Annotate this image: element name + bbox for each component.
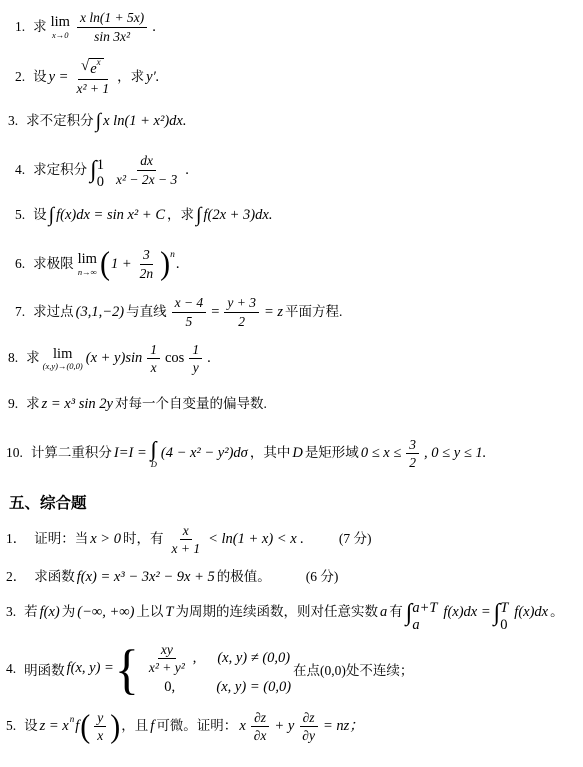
label-text: 求不定积分: [26, 113, 94, 128]
fraction: 32: [405, 437, 420, 471]
section-problem-2: 2．求函数f(x) = x³ − 3x² − 9x + 5的极值。(6 分): [0, 565, 579, 586]
math-expr: f(x): [40, 604, 60, 620]
label-text: 若: [24, 604, 38, 619]
fraction-denominator: y: [190, 359, 202, 376]
limit-operator: limn→∞: [77, 252, 98, 276]
integral-limits: a+Ta: [411, 600, 438, 626]
fraction-denominator: 2n: [137, 265, 157, 282]
integral-sign: ∫: [196, 204, 201, 226]
label-text: 求定积分: [33, 162, 87, 177]
limit-operator: limx→0: [50, 15, 71, 39]
fraction-numerator: x ln(1 + 5x): [77, 10, 147, 28]
fraction-denominator: x + 1: [168, 540, 203, 557]
punctuation: .: [185, 162, 189, 178]
fraction-denominator: x² + y²: [146, 659, 188, 676]
fraction: dxx² − 2x − 3: [112, 153, 181, 187]
fraction-numerator: ∂z: [251, 710, 269, 728]
fraction: xyx² + y²: [145, 642, 189, 676]
definite-integral: ∫T0: [494, 600, 512, 626]
label-text: ，其中: [250, 445, 291, 460]
punctuation: 。: [550, 604, 564, 619]
double-integral-sign: ∫∫: [151, 439, 157, 460]
integral-lower-limit: 0: [97, 174, 104, 191]
item-number: 4.: [6, 661, 16, 677]
item-number: 1．: [6, 531, 26, 546]
fraction-numerator: 3: [140, 247, 153, 265]
fraction-denominator: 5: [183, 313, 196, 330]
case-2-value: 0,: [164, 679, 175, 696]
square-root: √ex: [81, 58, 105, 78]
item-number: 3.: [8, 113, 18, 128]
limit-word: lim: [78, 252, 97, 267]
integral-sign: ∫: [96, 110, 101, 132]
math-expr: z = x³ sin 2y: [42, 396, 113, 412]
section-problem-3: 3.若f(x)为(−∞, +∞)上以T为周期的连续函数，则对任意实数a有∫a+T…: [0, 600, 579, 626]
item-number: 1.: [15, 19, 25, 34]
fraction-denominator: x: [94, 727, 106, 744]
radicand-exponent: x: [97, 57, 101, 67]
label-text: ，且: [121, 718, 148, 733]
fraction: xx + 1: [167, 523, 204, 557]
item-number: 2．: [6, 569, 26, 584]
section-problem-1: 1．证明：当x > 0时，有xx + 1< ln(1 + x) < x .(7 …: [0, 523, 579, 557]
label-text: 的极值。: [217, 569, 271, 584]
label-text: 明函数: [24, 659, 65, 679]
radicand-base: e: [90, 61, 96, 77]
case-1-condition: (x, y) ≠ (0,0): [217, 650, 290, 667]
fraction-denominator: x: [148, 359, 160, 376]
math-expr: = nz；: [323, 718, 364, 734]
label-text: 与直线: [126, 304, 167, 319]
fraction-numerator: y: [94, 710, 106, 728]
fraction: x ln(1 + 5x)sin 3x²: [76, 10, 148, 44]
label-text: 对每一个自变量的偏导数.: [115, 396, 267, 411]
label-text: ，求: [167, 207, 194, 222]
fraction: 1x: [146, 342, 161, 376]
fraction-numerator: xy: [158, 642, 176, 660]
math-expr: D: [292, 445, 302, 461]
item-number: 4.: [15, 162, 25, 177]
fraction: x − 45: [171, 295, 208, 329]
problem-2: 2.设y =√exx² + 1，求y′.: [0, 58, 579, 97]
label-text: 为: [62, 604, 76, 619]
fraction: 1y: [188, 342, 203, 376]
item-number: 2.: [15, 69, 25, 84]
math-expr: f(x)dx: [514, 604, 548, 620]
label-text: 时，有: [123, 531, 164, 546]
equals-sign: =: [211, 304, 219, 320]
item-number: 6.: [15, 256, 25, 271]
label-text: 平面方程.: [285, 304, 342, 319]
fraction-numerator: 1: [147, 342, 160, 360]
punctuation: ,: [193, 650, 197, 666]
definite-integral: ∫10: [90, 157, 107, 183]
item-number: 8.: [8, 350, 18, 365]
document-page: { "page": { "bg": "#ffffff", "fg": "#000…: [0, 0, 583, 767]
exponent: n: [170, 250, 175, 260]
paren-left: (: [80, 710, 90, 743]
math-expr: y =: [49, 69, 69, 85]
limit-word: lim: [51, 15, 70, 30]
label-text: 上以: [136, 604, 163, 619]
label-text: 在点(0,0)处不连续；: [293, 659, 413, 679]
integral-upper-limit: a+T: [412, 600, 437, 617]
punctuation: .: [176, 256, 180, 272]
section-problem-5: 5.设z = xnf(yx)，且f可微。证明：x∂z∂x+ y∂z∂y= nz；: [0, 710, 579, 744]
paren-left: (: [100, 248, 110, 281]
fraction-numerator: 1: [189, 342, 202, 360]
label-text: 设: [33, 69, 47, 84]
problem-6: 6.求极限limn→∞(1 +32n)n.: [0, 247, 579, 281]
math-expr: x > 0: [90, 531, 121, 547]
fraction-numerator: x − 4: [172, 295, 207, 313]
limit-operator: lim(x,y)→(0,0): [43, 347, 83, 371]
fraction: ∂z∂x: [250, 710, 271, 744]
exponent: n: [70, 714, 75, 724]
math-expr: (−∞, +∞): [77, 604, 134, 620]
section-heading: 五、综合题: [1, 491, 578, 513]
math-expr: < ln(1 + x) < x .: [208, 531, 304, 547]
problem-4: 4.求定积分∫10dxx² − 2x − 3.: [0, 153, 579, 187]
math-expr: I=I =: [114, 445, 147, 461]
limit-subscript: (x,y)→(0,0): [43, 362, 83, 371]
math-expr: f(x) = x³ − 3x² − 9x + 5: [77, 569, 215, 585]
fraction-numerator: x: [180, 523, 192, 541]
fraction-numerator: 3: [406, 437, 419, 455]
limit-word: lim: [53, 347, 72, 362]
cases-brace: {: [115, 641, 139, 696]
label-text: 求: [26, 396, 40, 411]
integral-sign: ∫: [49, 204, 54, 226]
fraction-denominator: 2: [235, 313, 248, 330]
fraction: 32n: [136, 247, 158, 281]
fraction: y + 32: [223, 295, 260, 329]
fraction-denominator: sin 3x²: [91, 28, 133, 45]
integral-limits: 10: [96, 157, 105, 183]
case-1-value: xyx² + y²,: [142, 642, 198, 676]
section-problem-4: 4.明函数f(x, y) ={xyx² + y²,(x, y) ≠ (0,0)0…: [0, 642, 579, 696]
math-expr: a: [380, 604, 387, 620]
problem-10: 10.计算二重积分I=I =∫∫D(4 − x² − y²)dσ，其中D是矩形域…: [0, 437, 579, 471]
label-text: 求极限: [33, 256, 74, 271]
math-expr: x: [239, 718, 245, 734]
case-2-condition: (x, y) = (0,0): [216, 679, 291, 696]
definite-integral: ∫a+Ta: [406, 600, 441, 626]
math-expr: (4 − x² − y²)dσ: [161, 445, 248, 461]
problem-7: 7.求过点(3,1,−2)与直线x − 45=y + 32= z平面方程.: [0, 295, 579, 329]
math-expr: f(x, y) =: [67, 660, 114, 677]
score-label: (6 分): [306, 569, 339, 584]
fraction-denominator: ∂y: [299, 727, 318, 744]
integral-lower-limit: 0: [500, 617, 507, 634]
problem-1: 1.求limx→0x ln(1 + 5x)sin 3x².: [0, 10, 579, 44]
item-number: 10.: [6, 445, 23, 460]
punctuation: .: [207, 350, 211, 366]
math-expr: 0 ≤ x ≤: [361, 445, 401, 461]
problem-3: 3.求不定积分∫x ln(1 + x²)dx.: [0, 109, 579, 131]
label-text: 设: [33, 207, 47, 222]
fraction-numerator: ∂z: [300, 710, 318, 728]
label-text: 设: [24, 718, 38, 733]
math-expr: f: [75, 718, 79, 734]
math-expr: x ln(1 + x²)dx.: [103, 113, 186, 129]
label-text: 是矩形域: [305, 445, 359, 460]
math-expr: f(2x + 3)dx.: [203, 207, 272, 223]
fraction-denominator: x² − 2x − 3: [113, 171, 180, 188]
math-expr: z = x: [40, 718, 69, 734]
item-number: 3.: [6, 604, 16, 619]
limit-subscript: n→∞: [78, 268, 97, 277]
label-text: 为周期的连续函数，则对任意实数: [175, 604, 378, 619]
math-expr: f(x)dx =: [443, 604, 490, 620]
problem-9: 9.求z = x³ sin 2y对每一个自变量的偏导数.: [0, 392, 579, 413]
item-number: 9.: [8, 396, 18, 411]
paren-right: ): [110, 710, 120, 743]
radicand: ex: [89, 58, 103, 78]
label-text: 求函数: [34, 569, 75, 584]
fraction: yx: [93, 710, 107, 744]
problem-5: 5.设∫f(x)dx = sin x² + C，求∫f(2x + 3)dx.: [0, 203, 579, 225]
integral-upper-limit: T: [500, 600, 508, 617]
integral-domain-subscript: D: [151, 460, 157, 469]
math-expr: 1 +: [111, 256, 132, 272]
math-expr: f: [150, 718, 154, 734]
limit-subscript: x→0: [52, 31, 69, 40]
label-text: ，求: [117, 69, 144, 84]
label-text: 求: [33, 19, 47, 34]
label-text: 可微。证明：: [156, 718, 237, 733]
score-label: (7 分): [339, 531, 372, 546]
math-expr: = z: [264, 304, 283, 320]
math-expr: (3,1,−2): [76, 304, 124, 320]
fraction: √exx² + 1: [72, 58, 113, 97]
math-expr: , 0 ≤ y ≤ 1.: [424, 445, 486, 461]
item-number: 5.: [15, 207, 25, 222]
math-expr: y′.: [146, 69, 159, 85]
fraction-numerator: y + 3: [224, 295, 259, 313]
radical-sign: √: [81, 58, 89, 75]
cases-grid: xyx² + y²,(x, y) ≠ (0,0)0,(x, y) = (0,0): [142, 642, 292, 696]
fraction-denominator: 2: [406, 454, 419, 471]
label-text: 求过点: [33, 304, 74, 319]
math-expr: (x + y)sin: [86, 350, 143, 366]
integral-upper-limit: 1: [97, 157, 104, 174]
math-expr: f(x)dx = sin x² + C: [56, 207, 165, 223]
paren-right: ): [160, 248, 170, 281]
problem-8: 8.求lim(x,y)→(0,0)(x + y)sin1xcos1y.: [0, 342, 579, 376]
fraction-denominator: x² + 1: [73, 80, 112, 97]
math-expr: + y: [274, 718, 294, 734]
fraction-numerator: √ex: [78, 58, 108, 80]
integral-limits: T0: [499, 600, 509, 626]
piecewise-cases: {xyx² + y²,(x, y) ≠ (0,0)0,(x, y) = (0,0…: [115, 642, 292, 696]
label-text: 计算二重积分: [31, 445, 112, 460]
item-number: 5.: [6, 718, 16, 733]
math-expr: T: [165, 604, 173, 620]
double-integral: ∫∫D: [151, 439, 157, 469]
fraction-numerator: dx: [137, 153, 156, 171]
item-number: 7.: [15, 304, 25, 319]
label-text: 证明：当: [34, 531, 88, 546]
label-text: 有: [389, 604, 403, 619]
punctuation: .: [152, 19, 156, 35]
math-expr: cos: [165, 350, 184, 366]
fraction: ∂z∂y: [298, 710, 319, 744]
label-text: 求: [26, 350, 40, 365]
integral-lower-limit: a: [412, 617, 419, 634]
fraction-denominator: ∂x: [251, 727, 270, 744]
